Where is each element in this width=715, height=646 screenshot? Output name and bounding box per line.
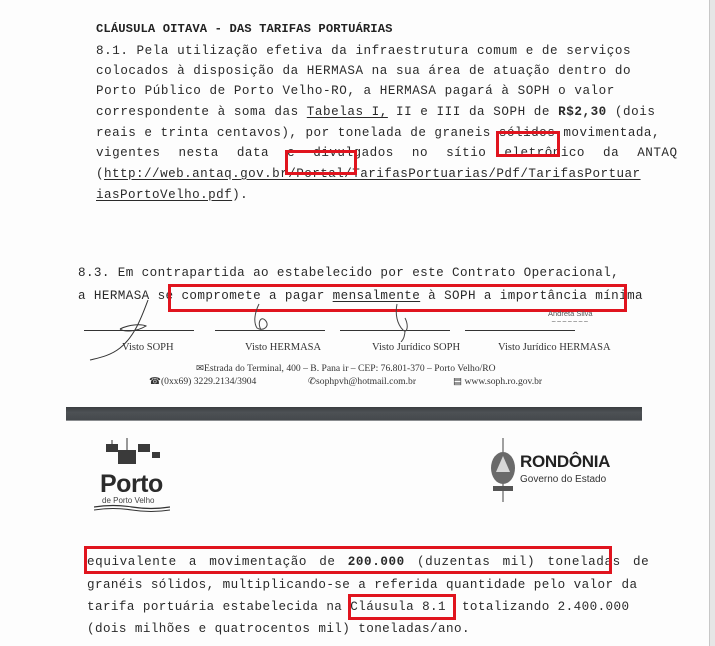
p2-line-4: (dois milhões e quatrocentos mil) tonela…	[87, 622, 470, 636]
waves-icon	[94, 504, 170, 512]
address-text: Estrada do Terminal, 400 – B. Pana ir – …	[204, 363, 496, 374]
stamp-scrawl: ~~~~~~~	[548, 318, 593, 326]
text-span: correspondente à soma das	[96, 105, 307, 119]
p2-line-2: granéis sólidos, multiplicando-se a refe…	[87, 578, 637, 592]
text-span: (dois	[607, 105, 656, 119]
stamp: Andreta Silva ~~~~~~~	[548, 310, 593, 326]
rondonia-title: RONDÔNIA	[520, 452, 610, 472]
footer-address: ✉Estrada do Terminal, 400 – B. Pana ir –…	[196, 363, 496, 374]
signature-label: Visto Jurídico HERMASA	[498, 342, 611, 353]
p81-line-3: Porto Público de Porto Velho-RO, a HERMA…	[96, 84, 615, 98]
page-edge-strip	[709, 0, 715, 646]
cargo-containers-icon	[96, 436, 166, 472]
highlight-price	[496, 131, 560, 157]
highlight-clause-ref	[348, 594, 456, 620]
p81-line-4: correspondente à soma das Tabelas I, II …	[96, 105, 655, 119]
rondonia-government-logo: RONDÔNIA Governo do Estado	[486, 436, 596, 506]
email-text[interactable]: sophpvh@hotmail.com.br	[316, 376, 416, 387]
p81-line-1: 8.1. Pela utilização efetiva da infraest…	[96, 44, 631, 58]
highlighted-text: por tonelada	[306, 126, 403, 140]
p81-line-8: iasPortoVelho.pdf).	[96, 188, 248, 202]
clause-heading: CLÁUSULA OITAVA - DAS TARIFAS PORTUÁRIAS	[96, 22, 393, 36]
p81-line-5: reais e trinta centavos), por tonelada d…	[96, 126, 660, 140]
p81-line-6: vigentes nesta data e divulgados no síti…	[96, 146, 678, 160]
phone-icon: ☎	[149, 376, 161, 387]
text-span: ).	[232, 188, 248, 202]
rondonia-subtitle: Governo do Estado	[520, 474, 606, 485]
signature-line	[465, 330, 575, 331]
underlined-text: Tabelas I,	[307, 105, 388, 119]
p81-line-7: (http://web.antaq.gov.br/Portal/TarifasP…	[96, 167, 641, 181]
signature-label: Visto SOPH	[122, 342, 174, 353]
antaq-link-cont[interactable]: iasPortoVelho.pdf	[96, 188, 232, 202]
price-value: R$2,30	[558, 105, 607, 119]
porto-logo-word: Porto	[100, 470, 163, 499]
text-span: totalizando 2.400.000	[446, 600, 629, 614]
footer-phone: ☎(0xx69) 3229.2134/3904	[149, 376, 256, 387]
footer-email: ✆sophpvh@hotmail.com.br	[308, 376, 416, 387]
website-text[interactable]: www.soph.ro.gov.br	[464, 376, 542, 387]
p81-line-2: colocados à disposição da HERMASA na sua…	[96, 64, 631, 78]
signature-scribble-legal-soph	[385, 300, 425, 342]
state-coat-of-arms-icon	[486, 436, 520, 506]
web-icon: ▤	[453, 376, 464, 387]
text-span: II e III da SOPH de	[388, 105, 558, 119]
text-span: de	[621, 555, 649, 569]
antaq-link[interactable]: http://web.antaq.gov.br/Portal/TarifasPo…	[104, 167, 641, 181]
highlight-per-ton	[285, 150, 357, 175]
page-separator-bar	[66, 407, 642, 421]
signature-label: Visto HERMASA	[245, 342, 321, 353]
highlight-minimum-tonnage	[84, 546, 612, 574]
mail-icon: ✉	[196, 363, 204, 374]
text-span: tarifa portuária estabelecida na	[87, 600, 350, 614]
signature-label: Visto Jurídico SOPH	[372, 342, 460, 353]
porto-velho-logo: Porto de Porto Velho	[86, 436, 176, 508]
text-span: reais e trinta centavos),	[96, 126, 306, 140]
signature-scribble-hermasa	[245, 300, 285, 336]
email-icon: ✆	[308, 376, 316, 387]
footer-website: ▤ www.soph.ro.gov.br	[453, 376, 542, 387]
text-span: (	[96, 167, 104, 181]
p83-line-1: 8.3. Em contrapartida ao estabelecido po…	[78, 266, 619, 280]
phone-text: (0xx69) 3229.2134/3904	[161, 376, 256, 387]
